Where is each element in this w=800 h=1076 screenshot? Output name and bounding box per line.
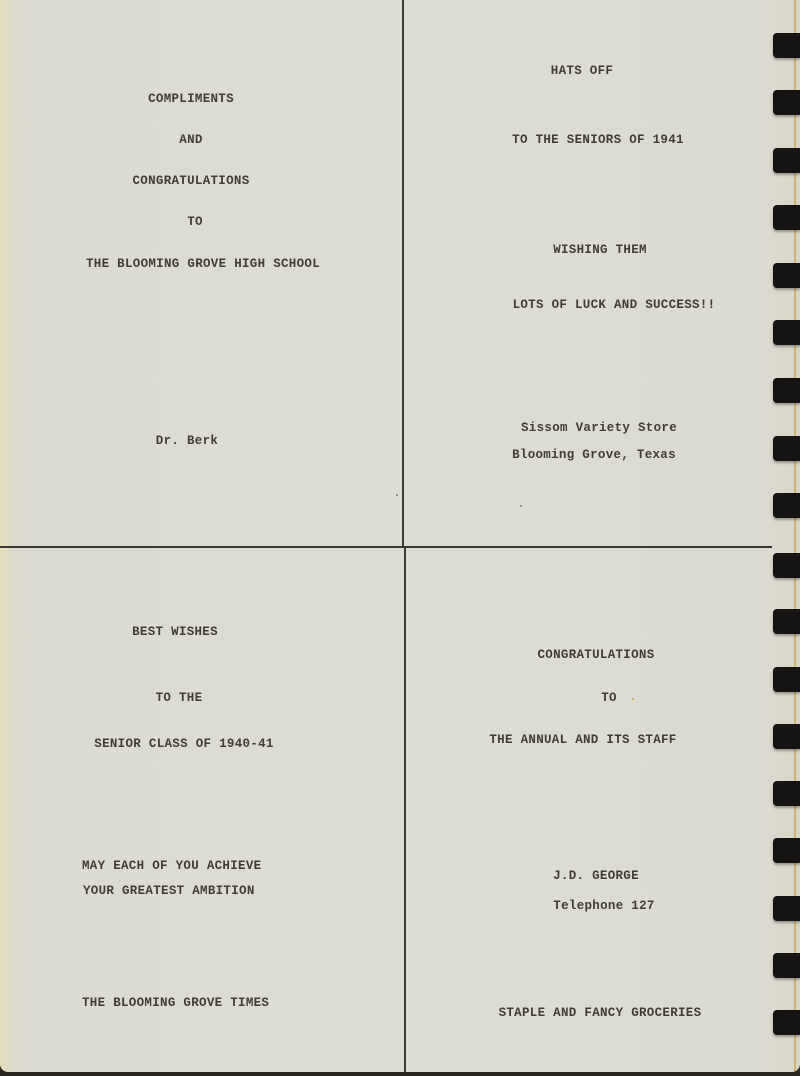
sponsor-name: THE BLOOMING GROVE TIMES: [82, 996, 269, 1010]
binding-ring: [773, 493, 800, 518]
sponsor-location: Blooming Grove, Texas: [512, 448, 676, 462]
binding-ring: [773, 553, 800, 578]
binding-ring: [773, 320, 800, 345]
ad-line: LOTS OF LUCK AND SUCCESS!!: [513, 298, 716, 312]
ad-line: TO: [187, 215, 203, 229]
ad-line: HATS OFF: [551, 64, 613, 78]
sponsor-name: Dr. Berk: [156, 434, 218, 448]
scan-speck: [396, 494, 398, 496]
sponsor-tagline: STAPLE AND FANCY GROCERIES: [499, 1006, 702, 1020]
binding-ring: [773, 205, 800, 230]
horizontal-divider: [0, 546, 772, 548]
binding-ring: [773, 148, 800, 173]
ad-line: THE BLOOMING GROVE HIGH SCHOOL: [86, 257, 320, 271]
binding-ring: [773, 90, 800, 115]
ad-line: BEST WISHES: [132, 625, 218, 639]
ad-line: COMPLIMENTS: [148, 92, 234, 106]
ad-line: CONGRATULATIONS: [537, 648, 654, 662]
ad-line: TO THE SENIORS OF 1941: [512, 133, 684, 147]
ad-line: AND: [179, 133, 202, 147]
ad-line: CONGRATULATIONS: [132, 174, 249, 188]
sponsor-name: Sissom Variety Store: [521, 421, 677, 435]
sponsor-phone: Telephone 127: [553, 899, 654, 913]
scan-speck: [632, 698, 634, 700]
ad-message-line: YOUR GREATEST AMBITION: [83, 884, 255, 898]
ad-line: TO: [601, 691, 617, 705]
ad-line: SENIOR CLASS OF 1940-41: [94, 737, 273, 751]
binding-ring: [773, 724, 800, 749]
binding-ring: [773, 896, 800, 921]
ad-message-line: MAY EACH OF YOU ACHIEVE: [82, 859, 261, 873]
binding-ring: [773, 1010, 800, 1035]
binding-ring: [773, 378, 800, 403]
binding-ring: [773, 263, 800, 288]
ad-line: WISHING THEM: [553, 243, 647, 257]
binding-ring: [773, 781, 800, 806]
binding-ring: [773, 953, 800, 978]
ad-line: THE ANNUAL AND ITS STAFF: [489, 733, 676, 747]
sponsor-name: J.D. GEORGE: [553, 869, 639, 883]
binding-ring: [773, 838, 800, 863]
ad-line: TO THE: [156, 691, 203, 705]
binding-ring: [773, 436, 800, 461]
binding-ring: [773, 609, 800, 634]
binding-ring: [773, 667, 800, 692]
yearbook-ad-page: COMPLIMENTS AND CONGRATULATIONS TO THE B…: [0, 0, 800, 1072]
vertical-divider-lower: [404, 547, 406, 1072]
vertical-divider-upper: [402, 0, 404, 547]
binding-ring: [773, 33, 800, 58]
scan-speck: [520, 505, 522, 507]
